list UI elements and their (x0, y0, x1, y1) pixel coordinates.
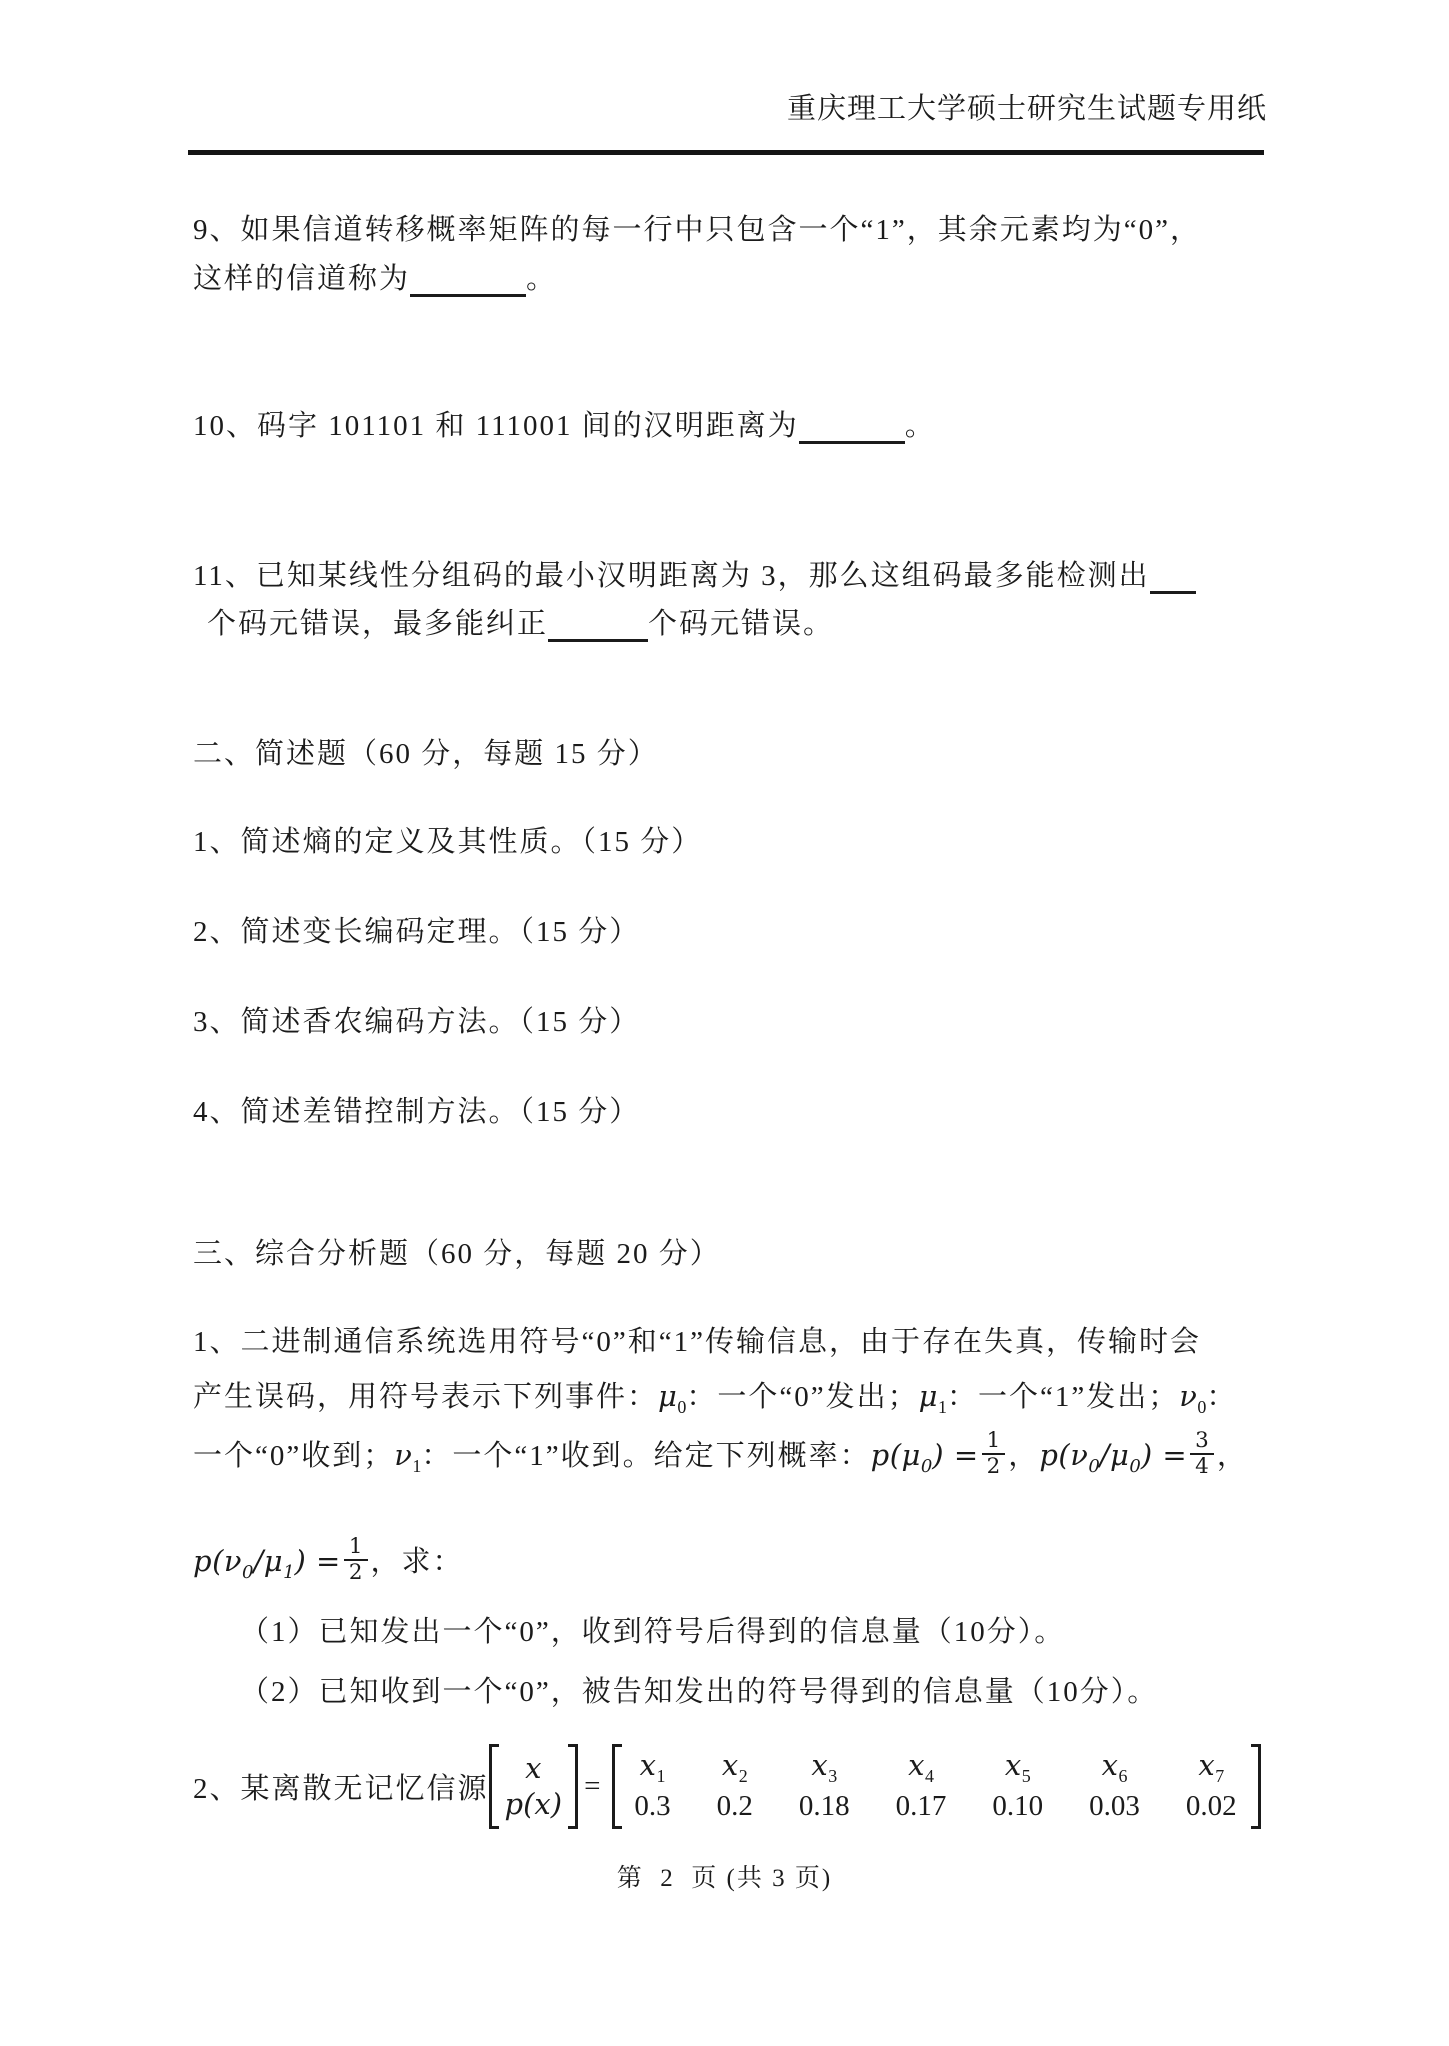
math-subscript: 0 (1088, 1456, 1099, 1477)
math-var-mu: μ (658, 1379, 677, 1413)
text-segment: 产生误码，用符号表示下列事件： (193, 1381, 658, 1413)
symbol-x6: x6 (1102, 1747, 1128, 1788)
answer-blank-q10 (799, 414, 905, 444)
symbol-x2: x2 (722, 1747, 748, 1788)
question-11-line-2: 个码元错误，最多能纠正个码元错误。 (207, 601, 834, 642)
source-symbol-stack: x p(x) (499, 1749, 569, 1824)
math-expression: p(ν0/μ1) =12 (193, 1544, 371, 1578)
right-bracket (568, 1744, 578, 1829)
section-2-item-4: 4、简述差错控制方法。（15 分） (193, 1089, 640, 1130)
section-2-item-3: 3、简述香农编码方法。（15 分） (193, 999, 640, 1040)
text-segment: ， (1217, 1440, 1248, 1472)
prob-x4: 0.17 (896, 1788, 947, 1826)
prob-x1: 0.3 (634, 1788, 670, 1826)
fraction: 12 (982, 1429, 1006, 1479)
text-segment: 一个“0”收到； (193, 1440, 394, 1472)
source-symbol-x: x (525, 1750, 541, 1786)
page-number-footer: 第 2 页 (共 3 页) (0, 1858, 1449, 1894)
left-bracket (489, 1744, 499, 1829)
math-subscript: 1 (283, 1562, 294, 1583)
answer-blank-q11-a (1150, 564, 1196, 594)
text-segment: ：一个“1”发出； (947, 1381, 1179, 1413)
probability-matrix: x10.3 x20.2 x30.18 x40.17 x50.10 x60.03 … (622, 1744, 1250, 1829)
s3-question-1-line-3: 一个“0”收到；ν1：一个“1”收到。给定下列概率：p(μ0) =12，p(ν0… (193, 1432, 1248, 1482)
question-10-line: 10、码字 101101 和 111001 间的汉明距离为。 (193, 403, 936, 444)
fraction-numerator: 1 (982, 1429, 1006, 1455)
matrix-column: x60.03 (1089, 1747, 1140, 1826)
math-term: p(ν (1039, 1438, 1088, 1472)
answer-blank-q11-b (548, 612, 648, 642)
text-segment: ， (1008, 1440, 1039, 1472)
question-10-text: 10、码字 101101 和 111001 间的汉明距离为 (193, 410, 799, 442)
s3-question-1-part-2: （2）已知收到一个“0”，被告知发出的符号得到的信息量（10分）。 (240, 1669, 1158, 1710)
s3-question-2-intro: 2、某离散无记忆信源 (193, 1766, 489, 1807)
math-var-nu: ν (394, 1438, 412, 1472)
question-11-line-1: 11、已知某线性分组码的最小汉明距离为 3，那么这组码最多能检测出 (193, 553, 1196, 594)
math-expression: p(ν0/μ0) =34 (1039, 1438, 1217, 1472)
s3-question-2: 2、某离散无记忆信源 x p(x) = x10.3 x20.2 x30.18 x… (193, 1744, 1261, 1829)
text-segment: ：一个“0”发出； (686, 1381, 918, 1413)
text-segment: ，求： (371, 1546, 464, 1578)
text-segment: ： (1206, 1381, 1237, 1413)
symbol-x1: x1 (640, 1747, 666, 1788)
question-9-line-2-text: 这样的信道称为 (193, 263, 410, 295)
question-9-line-2: 这样的信道称为。 (193, 256, 557, 297)
header-rule (188, 150, 1264, 155)
matrix-column: x50.10 (992, 1747, 1043, 1826)
matrix-column: x20.2 (717, 1747, 753, 1826)
math-term: p(μ (871, 1438, 921, 1472)
section-2-heading: 二、简述题（60 分，每题 15 分） (193, 731, 659, 772)
math-subscript: 0 (677, 1397, 686, 1417)
math-term: ) = (932, 1438, 978, 1472)
section-2-item-1: 1、简述熵的定义及其性质。（15 分） (193, 819, 702, 860)
fraction-denominator: 2 (982, 1455, 1006, 1479)
matrix-column: x30.18 (799, 1747, 850, 1826)
s3-question-1-part-1: （1）已知发出一个“0”，收到符号后得到的信息量（10分）。 (240, 1609, 1065, 1650)
matrix-column: x40.17 (896, 1747, 947, 1826)
math-term: /μ (253, 1544, 283, 1578)
math-term: /μ (1100, 1438, 1130, 1472)
prob-x5: 0.10 (992, 1788, 1043, 1826)
prob-x3: 0.18 (799, 1788, 850, 1826)
s3-question-1-line-4: p(ν0/μ1) =12，求： (193, 1538, 464, 1588)
math-subscript: 0 (1129, 1456, 1140, 1477)
math-term: p(ν (193, 1544, 242, 1578)
math-term: ) = (1141, 1438, 1187, 1472)
question-11-line-1-text: 11、已知某线性分组码的最小汉明距离为 3，那么这组码最多能检测出 (193, 560, 1150, 592)
question-11-line-2-text: 个码元错误，最多能纠正 (207, 608, 548, 640)
math-term: ) = (295, 1544, 341, 1578)
math-subscript: 0 (921, 1456, 932, 1477)
page-header-title: 重庆理工大学硕士研究生试题专用纸 (787, 86, 1267, 127)
prob-x7: 0.02 (1186, 1788, 1237, 1826)
question-9-line-1: 9、如果信道转移概率矩阵的每一行中只包含一个“1”，其余元素均为“0”， (193, 207, 1201, 248)
source-symbol-px: p(x) (505, 1786, 563, 1822)
exam-paper-page: 重庆理工大学硕士研究生试题专用纸 9、如果信道转移概率矩阵的每一行中只包含一个“… (0, 0, 1449, 2046)
fraction: 12 (344, 1535, 368, 1585)
matrix-column: x70.02 (1186, 1747, 1237, 1826)
section-2-item-2: 2、简述变长编码定理。（15 分） (193, 909, 640, 950)
math-var-nu: ν (1179, 1379, 1197, 1413)
matrix-column: x10.3 (634, 1747, 670, 1826)
left-bracket (612, 1744, 622, 1829)
math-subscript: 1 (938, 1397, 947, 1417)
symbol-x5: x5 (1005, 1747, 1031, 1788)
symbol-x3: x3 (811, 1747, 837, 1788)
prob-x6: 0.03 (1089, 1788, 1140, 1826)
s3-question-1-line-2: 产生误码，用符号表示下列事件：μ0：一个“0”发出；μ1：一个“1”发出；ν0： (193, 1374, 1237, 1418)
question-10-period: 。 (905, 410, 936, 442)
right-bracket (1251, 1744, 1261, 1829)
math-var-mu: μ (919, 1379, 938, 1413)
text-segment: ：一个“1”收到。给定下列概率： (421, 1440, 870, 1472)
question-11-line-2-tail: 个码元错误。 (648, 608, 834, 640)
section-3-heading: 三、综合分析题（60 分，每题 20 分） (193, 1231, 721, 1272)
prob-x2: 0.2 (717, 1788, 753, 1826)
symbol-x7: x7 (1198, 1747, 1224, 1788)
fraction: 34 (1190, 1429, 1214, 1479)
symbol-x4: x4 (908, 1747, 934, 1788)
math-subscript: 0 (1197, 1397, 1206, 1417)
math-subscript: 0 (242, 1562, 253, 1583)
equals-sign: = (584, 1770, 602, 1803)
question-9-period: 。 (526, 263, 557, 295)
fraction-numerator: 3 (1190, 1429, 1214, 1455)
fraction-denominator: 2 (344, 1561, 368, 1585)
answer-blank-q9 (410, 267, 526, 297)
s3-question-1-line-1: 1、二进制通信系统选用符号“0”和“1”传输信息，由于存在失真，传输时会 (193, 1319, 1201, 1360)
math-expression: p(μ0) =12 (871, 1438, 1009, 1472)
fraction-numerator: 1 (344, 1535, 368, 1561)
fraction-denominator: 4 (1190, 1455, 1214, 1479)
